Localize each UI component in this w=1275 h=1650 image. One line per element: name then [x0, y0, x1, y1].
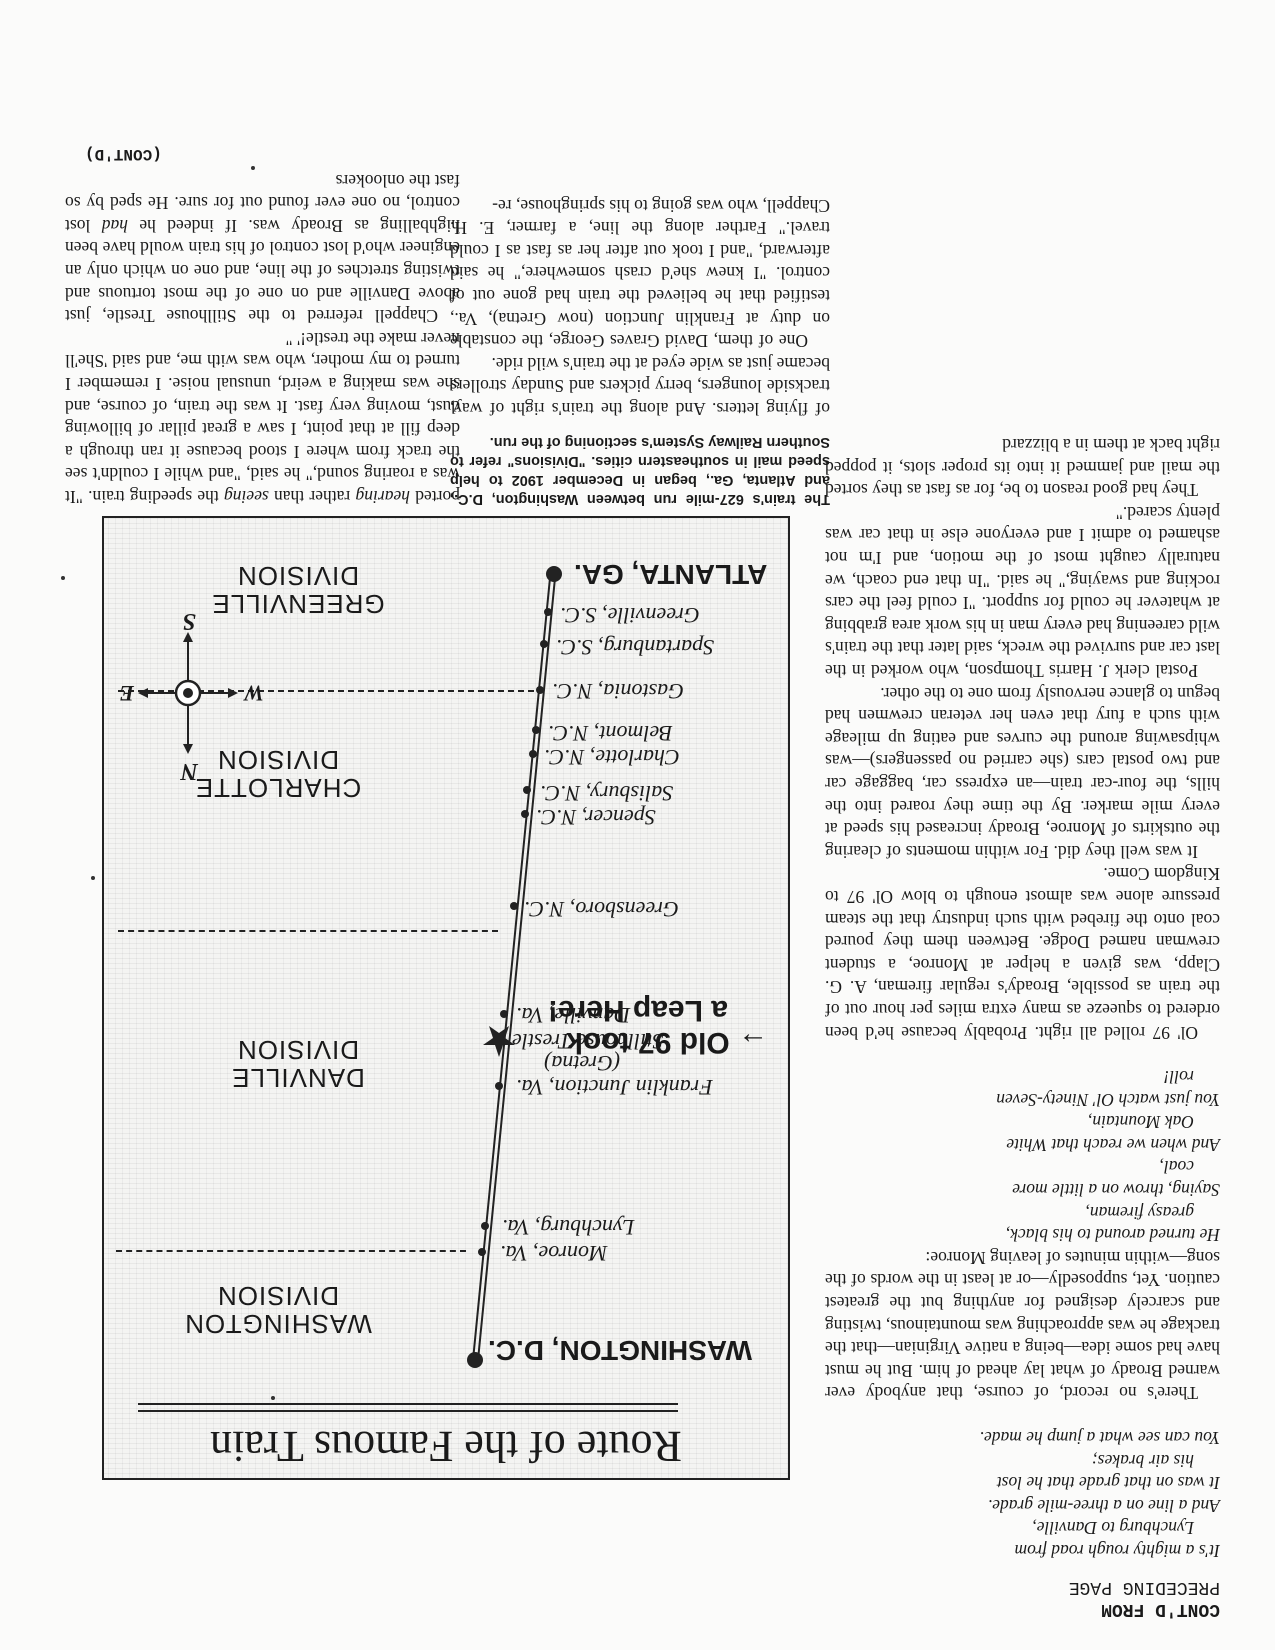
paragraph: They had good reason to be, for as fast … — [825, 434, 1220, 502]
continued-from-header: CONT'D FROM PRECEDING PAGE — [825, 1576, 1220, 1620]
scan-speck — [91, 876, 95, 880]
division-word: DIVISION — [158, 562, 438, 590]
verse-line: He turned around to his black, — [825, 1224, 1220, 1247]
station-dot — [532, 726, 540, 734]
station-franklin-junction: Franklin Junction, Va. — [516, 1074, 713, 1100]
song-verse-1: It's a mighty rough road from Lynchburg … — [825, 1426, 1220, 1562]
caption-text: The train's 627-mile run between Washing… — [450, 432, 830, 508]
compass-n: N — [181, 757, 198, 784]
contd-line-2: PRECEDING PAGE — [825, 1576, 1220, 1598]
verse-line: It's a mighty rough road from — [825, 1539, 1220, 1562]
station-dot — [546, 566, 562, 582]
arrow-icon: → — [738, 1026, 768, 1059]
compass-s: S — [183, 607, 196, 634]
station-spartanburg: Spartanburg, S.C. — [556, 634, 714, 660]
route-map: Route of the Famous Train WASHINGTON DIV… — [102, 516, 790, 1480]
paragraph: There's no record, of course, that anybo… — [825, 1246, 1220, 1404]
division-label-washington: WASHINGTON DIVISION — [148, 1282, 408, 1338]
verse-line: Saying, throw on a little more — [825, 1179, 1220, 1202]
verse-line: his air brakes; — [825, 1449, 1220, 1472]
compass-w: W — [244, 680, 264, 706]
scanned-page: CONT'D FROM PRECEDING PAGE It's a mighty… — [0, 0, 1275, 1650]
paragraph: One of them, David Graves George, the co… — [450, 194, 830, 352]
verse-line: You just watch Ol' Ninety-Seven — [825, 1088, 1220, 1111]
song-verse-2: He turned around to his black, greasy fi… — [825, 1066, 1220, 1247]
station-monroe: Monroe, Va. — [500, 1240, 607, 1266]
continued-mark: (CONT'D) — [65, 143, 460, 166]
verse-line: Lynchburg to Danville, — [825, 1517, 1220, 1540]
station-dot — [536, 686, 544, 694]
map-caption: The train's 627-mile run between Washing… — [450, 432, 830, 508]
text-run: ported — [410, 487, 460, 507]
paragraph: of flying letters. And along the train's… — [450, 352, 830, 420]
division-name: WASHINGTON — [148, 1310, 408, 1338]
verse-line: Oak Mountain, — [825, 1111, 1220, 1134]
paragraph: Chappell referred to the Stillhouse Tres… — [65, 169, 460, 327]
station-dot — [523, 786, 531, 794]
verse-line: coal, — [825, 1156, 1220, 1179]
emphasis: had — [102, 216, 128, 236]
division-name: DANVILLE — [168, 1064, 428, 1092]
station-danville: Danville, Va. — [516, 1002, 630, 1028]
station-dot — [467, 1352, 483, 1368]
paragraph: It was well they did. For within moments… — [825, 682, 1220, 863]
station-greenville: Greenville, S.C. — [560, 602, 700, 628]
station-atlanta: ATLANTA, GA. — [574, 558, 767, 590]
paragraph: Postal clerk J. Harris Thompson, who wor… — [825, 501, 1220, 682]
station-salisbury: Salisbury, N.C. — [540, 780, 673, 806]
verse-line: roll! — [825, 1066, 1220, 1089]
station-dot — [544, 608, 552, 616]
verse-line: And when we reach that White — [825, 1133, 1220, 1156]
station-dot — [510, 902, 518, 910]
paragraph: ported hearing rather than seeing the sp… — [65, 327, 460, 508]
article-column-middle: of flying letters. And along the train's… — [450, 194, 830, 420]
emphasis: hearing — [356, 487, 410, 507]
station-dot — [495, 1082, 503, 1090]
station-dot — [478, 1248, 486, 1256]
station-dot — [540, 640, 548, 648]
station-gastonia: Gastonia, N.C. — [552, 678, 684, 704]
text-run: rather than — [269, 487, 356, 507]
station-washington-label: WASHINGTON, D.C. — [488, 1334, 778, 1366]
verse-line: And a line on a three-mile grade. — [825, 1494, 1220, 1517]
station-dot — [481, 1222, 489, 1230]
article-column-right: ported hearing rather than seeing the sp… — [65, 143, 460, 509]
station-charlotte: Charlotte, N.C. — [544, 744, 680, 770]
division-boundary — [118, 930, 498, 932]
paragraph: Ol' 97 rolled all right. Probably becaus… — [825, 863, 1220, 1044]
division-boundary — [116, 1250, 466, 1252]
station-belmont: Belmont, N.C. — [548, 720, 673, 746]
scan-speck — [251, 166, 255, 170]
article-column-left: CONT'D FROM PRECEDING PAGE It's a mighty… — [825, 434, 1220, 1621]
compass-e: E — [119, 680, 134, 706]
division-word: DIVISION — [168, 1036, 428, 1064]
compass-rose: N S W E — [128, 608, 248, 778]
leap-line-1: Old 97 took — [566, 1026, 729, 1059]
station-greensboro: Greensboro, N.C. — [524, 896, 679, 922]
division-word: DIVISION — [148, 1282, 408, 1310]
verse-line: It was on that grade that he lost — [825, 1472, 1220, 1495]
verse-line: greasy fireman, — [825, 1201, 1220, 1224]
station-dot — [521, 810, 529, 818]
station-dot — [529, 750, 537, 758]
station-dot — [500, 1010, 508, 1018]
division-label-danville: DANVILLE DIVISION — [168, 1036, 428, 1092]
contd-line-1: CONT'D FROM — [825, 1598, 1220, 1620]
scan-speck — [61, 576, 65, 580]
emphasis: seeing — [224, 487, 269, 507]
station-spencer: Spencer, N.C. — [536, 804, 656, 830]
station-lynchburg: Lynchburg, Va. — [502, 1214, 634, 1240]
verse-line: You can see what a jump he made. — [825, 1426, 1220, 1449]
text-run: the speeding train. "It was a roaring so… — [65, 329, 460, 507]
scan-speck — [271, 1396, 275, 1400]
